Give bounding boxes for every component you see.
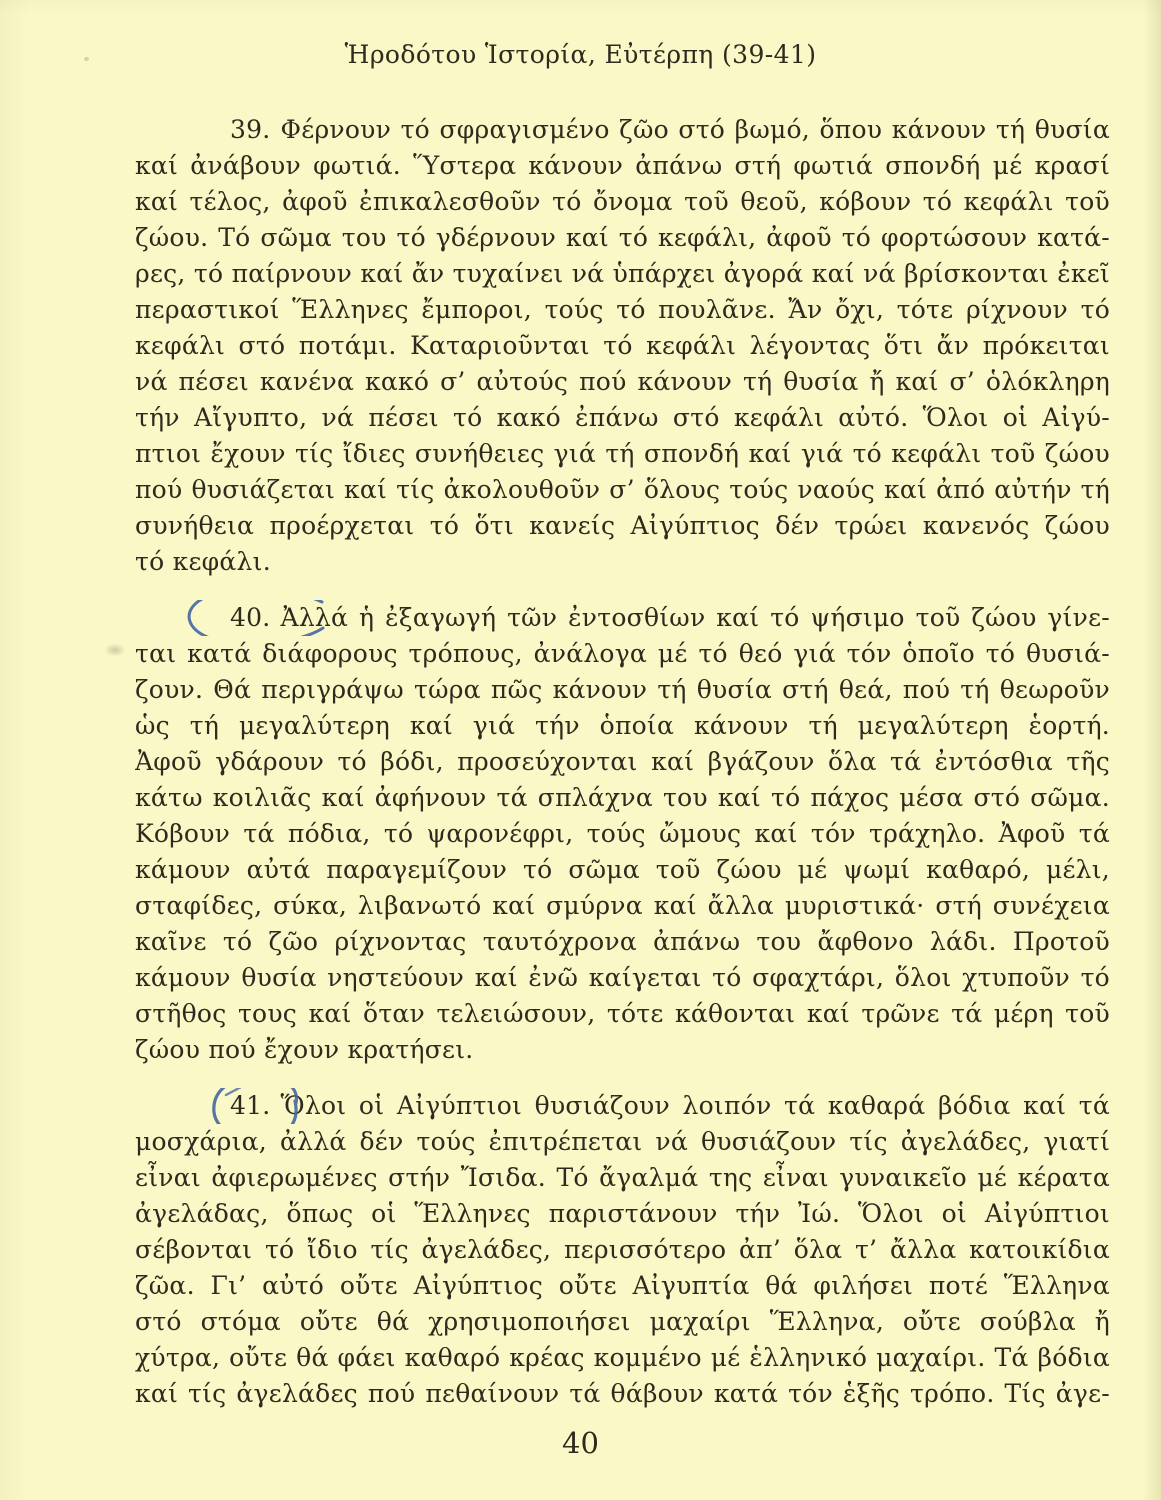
section-number: 40. — [230, 603, 271, 632]
text-line: συνήθεια προέρχεται τό ὅτι κανείς Αἰγύπτ… — [135, 508, 1110, 544]
paragraph: 41.Ὅλοι οἱ Αἰγύπτιοι θυσιάζουν λοιπόν τά… — [135, 1088, 1110, 1412]
text-line: σέβονται τό ἴδιο τίς ἀγελάδες, περισσότε… — [135, 1232, 1110, 1268]
text-line: κάτω κοιλιᾶς καί ἀφήνουν τά σπλάχνα του … — [135, 780, 1110, 816]
text-line: 39.Φέρνουν τό σφραγισμένο ζῶο στό βωμό, … — [135, 112, 1110, 148]
scan-speck — [84, 57, 89, 61]
page-text: 39.Φέρνουν τό σφραγισμένο ζῶο στό βωμό, … — [135, 112, 1110, 1412]
section-number-wrap: 40. — [230, 600, 271, 636]
section-number: 39. — [230, 115, 271, 144]
text-line: κάμουν αὐτά παραγεμίζουν τό σῶμα τοῦ ζώο… — [135, 852, 1110, 888]
text-line: καί ἀνάβουν φωτιά. Ὕστερα κάνουν ἀπάνω σ… — [135, 148, 1110, 184]
text-line: ται κατά διάφορους τρόπους, ἀνάλογα μέ τ… — [135, 636, 1110, 672]
text-line-content: Ὅλοι οἱ Αἰγύπτιοι θυσιάζουν λοιπόν τά κα… — [281, 1091, 1110, 1120]
running-header: Ἡροδότου Ἱστορία, Εὐτέρπη (39-41) — [0, 40, 1161, 69]
text-line: ζώου. Τό σῶμα του τό γδέρνουν καί τό κεφ… — [135, 220, 1110, 256]
scan-smudge — [100, 641, 130, 659]
text-line: σταφίδες, σύκα, λιβανωτό καί σμύρνα καί … — [135, 888, 1110, 924]
text-line: ζώου πού ἔχουν κρατήσει. — [135, 1032, 1110, 1068]
text-line: πού θυσιάζεται καί τίς ἀκολουθοῦν σ’ ὅλο… — [135, 472, 1110, 508]
text-line: κάμουν θυσία νηστεύουν καί ἐνῶ καίγεται … — [135, 960, 1110, 996]
text-line: 41.Ὅλοι οἱ Αἰγύπτιοι θυσιάζουν λοιπόν τά… — [135, 1088, 1110, 1124]
text-line-content: Φέρνουν τό σφραγισμένο ζῶο στό βωμό, ὅπο… — [281, 115, 1110, 144]
section-number: 41. — [230, 1091, 271, 1120]
text-line: χύτρα, οὔτε θά φάει καθαρό κρέας κομμένο… — [135, 1340, 1110, 1376]
text-line: τό κεφάλι. — [135, 544, 1110, 580]
text-line: στό στόμα οὔτε θά χρησιμοποιήσει μαχαίρι… — [135, 1304, 1110, 1340]
paragraph: 39.Φέρνουν τό σφραγισμένο ζῶο στό βωμό, … — [135, 112, 1110, 580]
text-line: περαστικοί Ἕλληνες ἔμποροι, τούς τό πουλ… — [135, 292, 1110, 328]
text-line: εἶναι ἀφιερωμένες στήν Ἴσιδα. Τό ἄγαλμά … — [135, 1160, 1110, 1196]
paragraph: 40.Ἀλλά ἡ ἐξαγωγή τῶν ἐντοσθίων καί τό ψ… — [135, 600, 1110, 1068]
text-line-content: Ἀλλά ἡ ἐξαγωγή τῶν ἐντοσθίων καί τό ψήσι… — [281, 603, 1110, 632]
text-line: ὡς τή μεγαλύτερη καί γιά τήν ὁποία κάνου… — [135, 708, 1110, 744]
text-line: τήν Αἴγυπτο, νά πέσει τό κακό ἐπάνω στό … — [135, 400, 1110, 436]
text-line: μοσχάρια, ἀλλά δέν τούς ἐπιτρέπεται νά θ… — [135, 1124, 1110, 1160]
text-line: Κόβουν τά πόδια, τό ψαρονέφρι, τούς ὤμου… — [135, 816, 1110, 852]
text-line: 40.Ἀλλά ἡ ἐξαγωγή τῶν ἐντοσθίων καί τό ψ… — [135, 600, 1110, 636]
text-line: καί τέλος, ἀφοῦ ἐπικαλεσθοῦν τό ὄνομα το… — [135, 184, 1110, 220]
text-line: κεφάλι στό ποτάμι. Καταριοῦνται τό κεφάλ… — [135, 328, 1110, 364]
text-line: νά πέσει κανένα κακό σ’ αὐτούς πού κάνου… — [135, 364, 1110, 400]
text-line: ζῶα. Γι’ αὐτό οὔτε Αἰγύπτιος οὔτε Αἰγυπτ… — [135, 1268, 1110, 1304]
text-line: στῆθος τους καί ὅταν τελειώσουν, τότε κά… — [135, 996, 1110, 1032]
text-line: ρες, τό παίρνουν καί ἄν τυχαίνει νά ὑπάρ… — [135, 256, 1110, 292]
page-number: 40 — [0, 1426, 1161, 1460]
section-number-wrap: 39. — [230, 112, 271, 148]
section-number-wrap: 41. — [230, 1088, 271, 1124]
text-line: καῖνε τό ζῶο ρίχνοντας ταυτόχρονα ἀπάνω … — [135, 924, 1110, 960]
text-line: ἀγελάδας, ὅπως οἱ Ἕλληνες παριστάνουν τή… — [135, 1196, 1110, 1232]
text-line: πτιοι ἔχουν τίς ἴδιες συνήθειες γιά τή σ… — [135, 436, 1110, 472]
text-line: καί τίς ἀγελάδες πού πεθαίνουν τά θάβουν… — [135, 1376, 1110, 1412]
text-line: Ἀφοῦ γδάρουν τό βόδι, προσεύχονται καί β… — [135, 744, 1110, 780]
text-line: ζουν. Θά περιγράψω τώρα πῶς κάνουν τή θυ… — [135, 672, 1110, 708]
book-page: Ἡροδότου Ἱστορία, Εὐτέρπη (39-41) 39.Φέρ… — [0, 0, 1161, 1500]
